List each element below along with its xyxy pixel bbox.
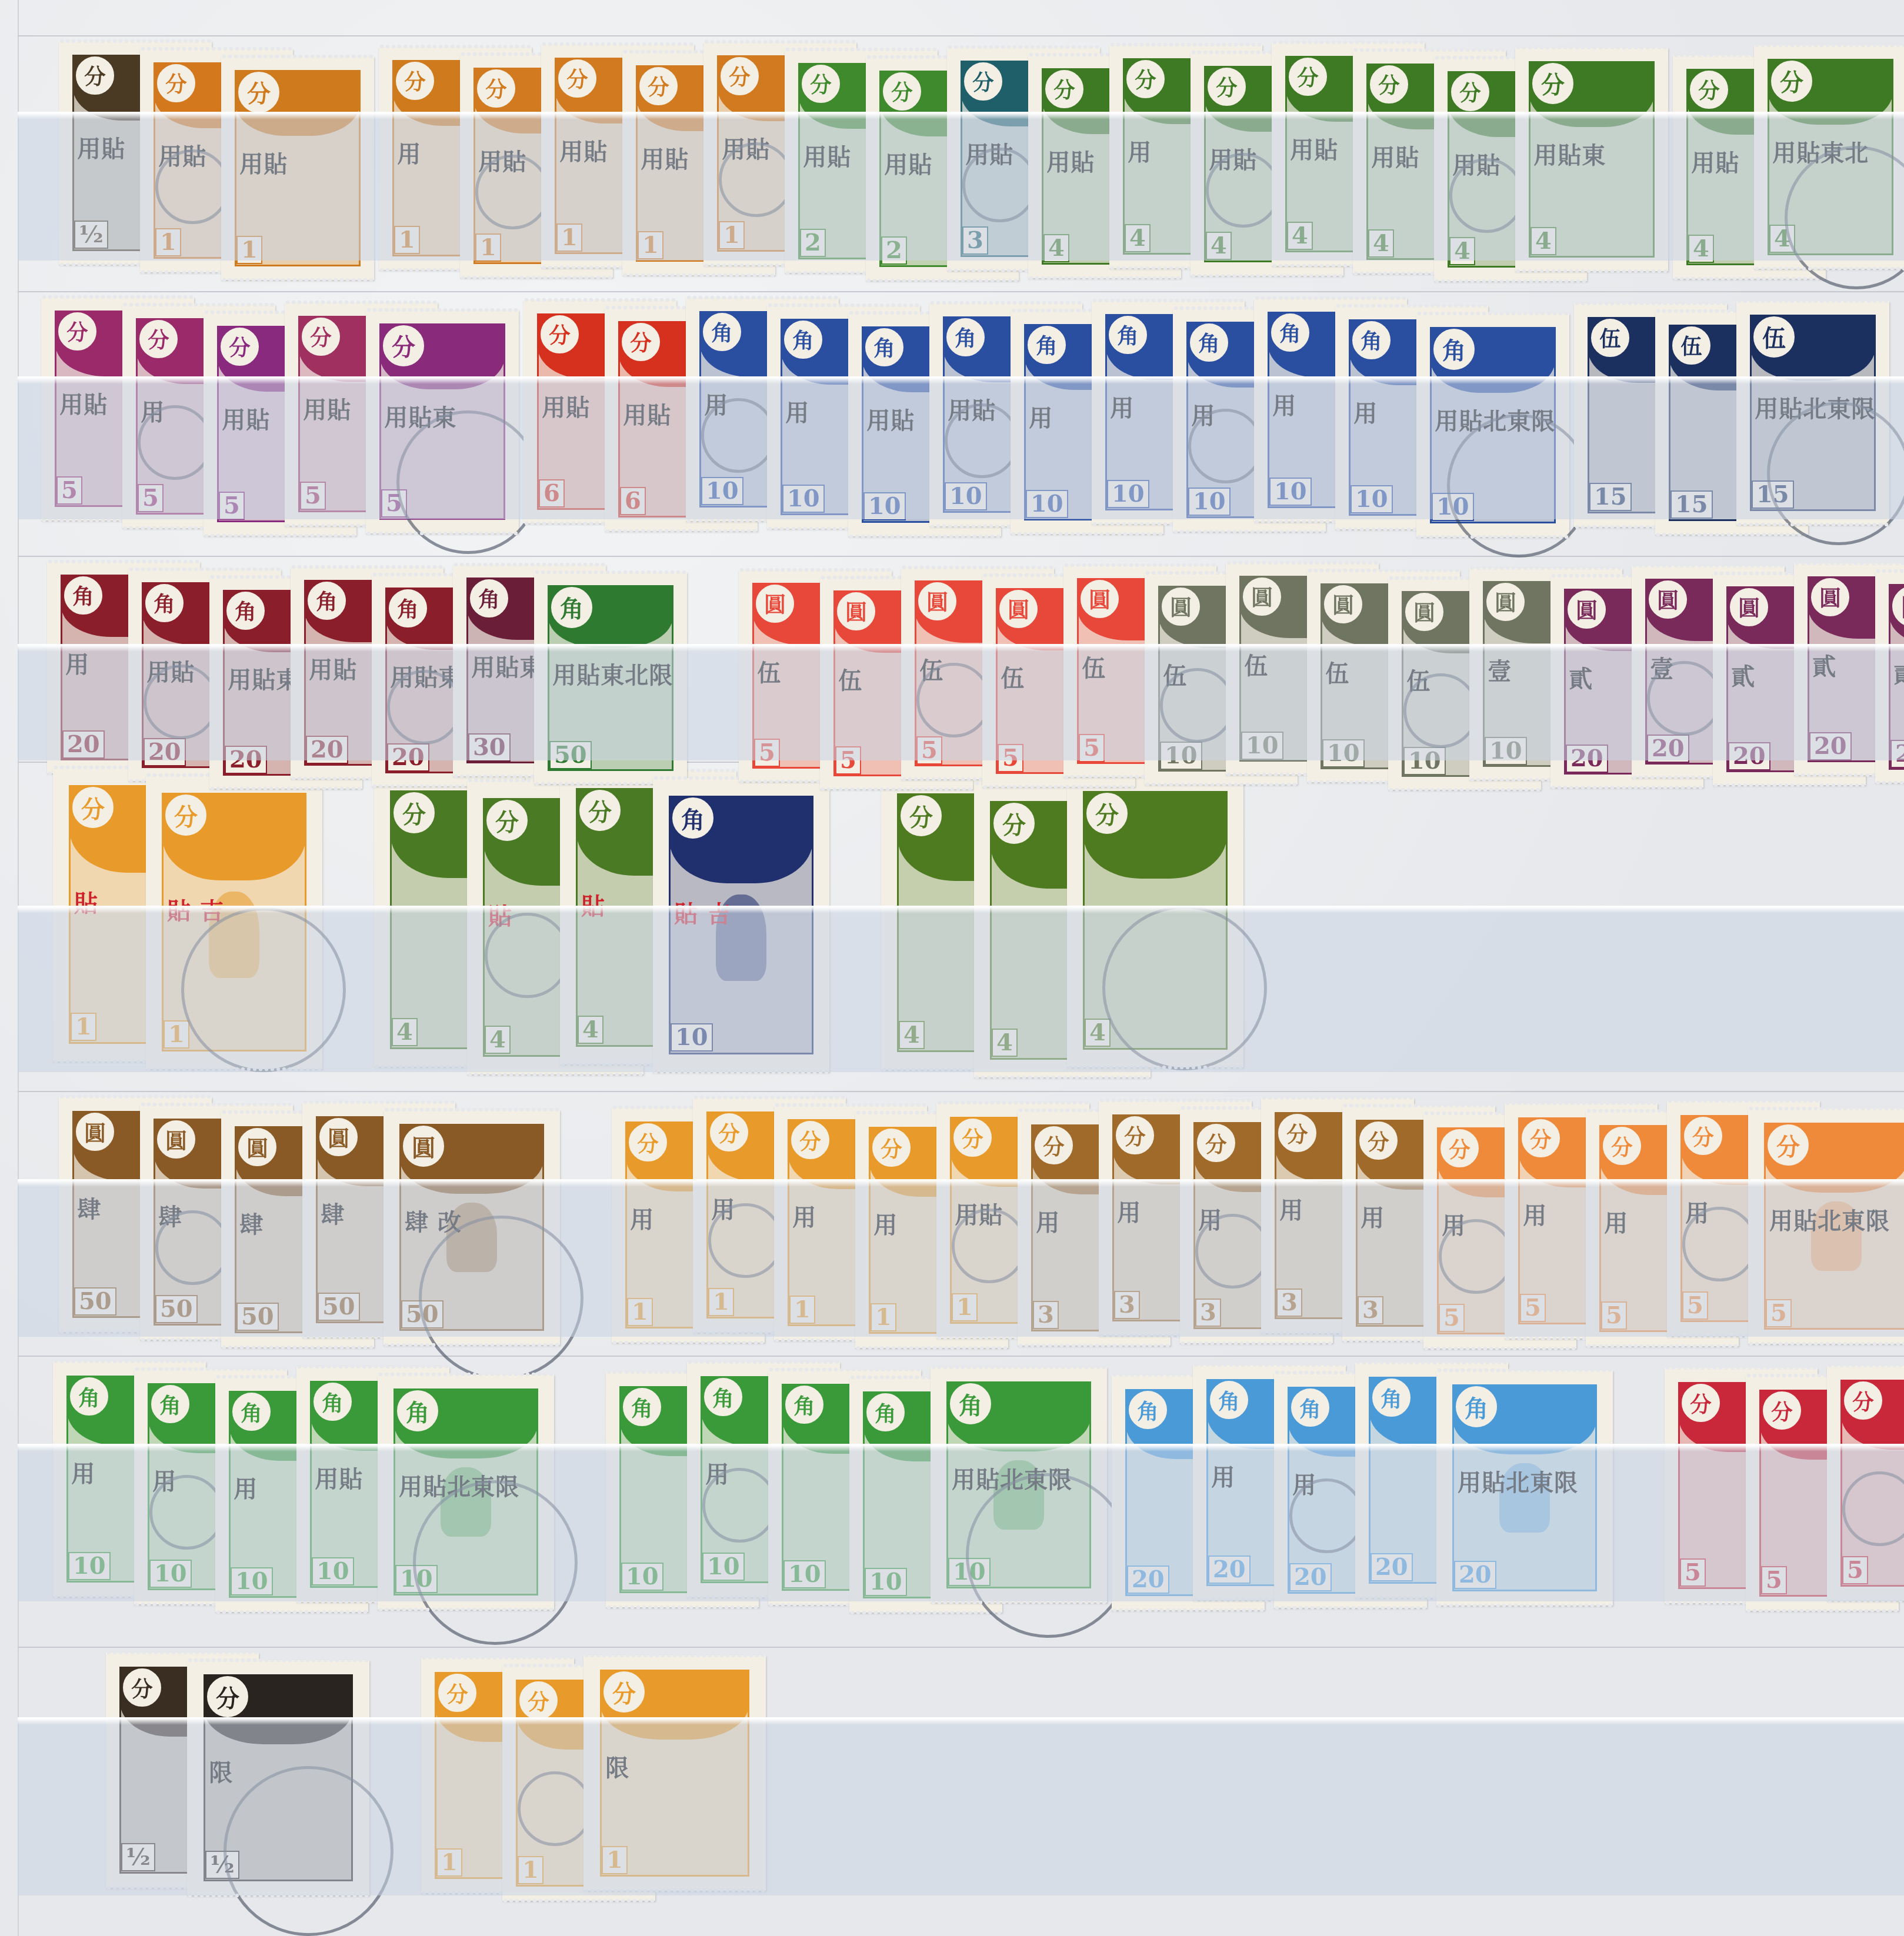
denomination-character: 分 xyxy=(475,68,517,109)
denomination-character: 圓 xyxy=(1728,586,1770,628)
denomination-character: 分 xyxy=(539,313,581,355)
denomination-character: 分 xyxy=(1085,791,1129,836)
denomination-character: 角 xyxy=(1289,1387,1331,1428)
denomination-character: 分 xyxy=(1520,1117,1562,1159)
denomination-character: 圓 xyxy=(155,1119,197,1160)
denomination-character: 分 xyxy=(1682,1115,1724,1157)
strip-edge xyxy=(18,291,1904,292)
glassine-pocket xyxy=(18,112,1904,261)
denomination-character: 分 xyxy=(638,65,679,107)
strip-edge xyxy=(18,1356,1904,1357)
denomination-character: 分 xyxy=(1206,66,1248,108)
pocket-shine xyxy=(18,378,1904,384)
denomination-character: 分 xyxy=(1449,71,1491,113)
denomination-character: 圓 xyxy=(318,1116,359,1158)
denomination-character: 角 xyxy=(863,326,905,368)
denomination-character: 分 xyxy=(1276,1112,1318,1154)
denomination-character: 分 xyxy=(800,63,842,105)
denomination-character: 角 xyxy=(549,585,594,630)
denomination-character: 分 xyxy=(962,61,1004,102)
denomination-character: 圓 xyxy=(1160,586,1202,627)
denomination-character: 分 xyxy=(121,1667,163,1708)
denomination-character: 分 xyxy=(578,788,622,833)
denomination-character: 分 xyxy=(627,1121,669,1163)
denomination-character: 分 xyxy=(1033,1124,1075,1166)
denomination-character: 分 xyxy=(1358,1120,1399,1161)
denomination-character: 分 xyxy=(881,71,923,112)
denomination-character: 角 xyxy=(1208,1379,1250,1421)
denomination-character: 分 xyxy=(1043,68,1085,110)
stockbook-page: 分½用貼分1用貼分1用貼分1用分1用貼分1用貼分1用貼分1用貼分2用貼分2用貼分… xyxy=(0,0,1904,1936)
denomination-character: 角 xyxy=(387,588,429,629)
denomination-character: 分 xyxy=(719,55,761,97)
denomination-character: 圓 xyxy=(401,1124,446,1169)
denomination-character: 分 xyxy=(620,321,662,363)
denomination-character: 伍 xyxy=(1670,325,1712,366)
denomination-character: 角 xyxy=(1269,312,1311,353)
pocket-shine xyxy=(18,1181,1904,1187)
denomination-character: 分 xyxy=(56,311,98,352)
denomination-character: 分 xyxy=(602,1670,646,1714)
denomination-character: 分 xyxy=(155,62,197,104)
denomination-character: 分 xyxy=(518,1680,559,1721)
denomination-character: 角 xyxy=(865,1391,906,1433)
denomination-character: 分 xyxy=(205,1674,250,1719)
denomination-character: 圓 xyxy=(835,590,877,632)
denomination-character: 分 xyxy=(899,793,943,838)
glassine-pocket xyxy=(18,376,1904,519)
glassine-pocket xyxy=(18,906,1904,1072)
denomination-character: 分 xyxy=(1601,1125,1643,1167)
denomination-character: 角 xyxy=(231,1391,272,1433)
denomination-character: 分 xyxy=(1688,69,1730,111)
denomination-character: 分 xyxy=(1530,61,1575,106)
denomination-character: 分 xyxy=(992,801,1036,846)
denomination-character: 分 xyxy=(1766,1123,1810,1167)
denomination-character: 分 xyxy=(392,790,436,835)
denomination-character: 角 xyxy=(1351,319,1392,361)
pocket-shine xyxy=(18,646,1904,652)
denomination-character: 分 xyxy=(556,58,598,99)
denomination-character: 分 xyxy=(236,70,281,115)
glassine-pocket xyxy=(18,1179,1904,1337)
denomination-character: 角 xyxy=(1127,1389,1169,1431)
denomination-character: 分 xyxy=(1114,1114,1156,1156)
denomination-character: 角 xyxy=(62,575,104,616)
denomination-character: 分 xyxy=(1368,64,1410,105)
denomination-character: 角 xyxy=(701,311,743,353)
denomination-character: 圓 xyxy=(1647,579,1689,620)
denomination-character: 角 xyxy=(1107,314,1149,356)
denomination-character: 圓 xyxy=(754,583,796,625)
denomination-character: 分 xyxy=(1287,56,1329,98)
strip-edge xyxy=(18,1091,1904,1092)
denomination-character: 角 xyxy=(468,578,510,619)
denomination-character: 角 xyxy=(1454,1384,1499,1429)
denomination-character: 分 xyxy=(1769,59,1814,104)
denomination-character: 伍 xyxy=(1752,315,1796,359)
denomination-character: 分 xyxy=(1195,1122,1237,1164)
denomination-character: 圓 xyxy=(916,580,958,622)
denomination-character: 分 xyxy=(1125,58,1166,100)
denomination-character: 分 xyxy=(952,1117,993,1159)
denomination-character: 角 xyxy=(225,590,266,632)
denomination-character: 伍 xyxy=(1589,317,1631,359)
denomination-character: 角 xyxy=(1026,324,1068,366)
denomination-character: 分 xyxy=(1680,1382,1722,1424)
denomination-character: 分 xyxy=(381,323,426,368)
denomination-character: 角 xyxy=(68,1376,110,1417)
pocket-shine xyxy=(18,907,1904,913)
glassine-pocket xyxy=(18,644,1904,760)
denomination-character: 圓 xyxy=(1566,589,1608,630)
denomination-character: 圓 xyxy=(1241,576,1283,617)
denomination-character: 分 xyxy=(871,1127,912,1169)
denomination-character: 圓 xyxy=(1809,576,1851,618)
denomination-character: 圓 xyxy=(236,1126,278,1168)
denomination-character: 分 xyxy=(219,326,261,368)
denomination-character: 圓 xyxy=(998,588,1039,630)
denomination-character: 分 xyxy=(1761,1390,1803,1431)
denomination-character: 角 xyxy=(1432,327,1476,372)
denomination-character: 角 xyxy=(395,1388,440,1433)
pocket-shine xyxy=(18,1719,1904,1725)
denomination-character: 分 xyxy=(708,1111,750,1153)
denomination-character: 分 xyxy=(485,798,529,843)
denomination-character: 角 xyxy=(1371,1377,1412,1418)
pocket-shine xyxy=(18,1446,1904,1451)
denomination-character: 分 xyxy=(300,316,342,358)
denomination-character: 分 xyxy=(74,55,116,96)
strip-edge xyxy=(18,556,1904,557)
denomination-character: 角 xyxy=(702,1376,744,1418)
denomination-character: 角 xyxy=(1188,322,1230,363)
denomination-character: 分 xyxy=(394,60,436,102)
glassine-pocket xyxy=(18,1717,1904,1895)
denomination-character: 圓 xyxy=(1079,578,1121,620)
strip-edge xyxy=(18,1647,1904,1648)
denomination-character: 圓 xyxy=(74,1111,116,1153)
denomination-character: 分 xyxy=(138,318,179,360)
denomination-character: 分 xyxy=(1842,1380,1884,1421)
denomination-character: 分 xyxy=(164,793,208,837)
denomination-character: 分 xyxy=(436,1672,478,1714)
glassine-pocket xyxy=(18,1444,1904,1601)
denomination-character: 分 xyxy=(789,1119,831,1161)
strip-edge xyxy=(18,35,1904,36)
denomination-character: 角 xyxy=(671,796,715,840)
denomination-character: 角 xyxy=(948,1381,993,1426)
denomination-character: 角 xyxy=(312,1381,354,1423)
pocket-shine xyxy=(18,114,1904,119)
denomination-character: 圓 xyxy=(1403,591,1445,633)
denomination-character: 分 xyxy=(71,785,115,830)
denomination-character: 角 xyxy=(621,1386,663,1428)
denomination-character: 圓 xyxy=(1322,583,1364,625)
denomination-character: 角 xyxy=(144,582,185,624)
denomination-character: 角 xyxy=(306,580,348,622)
denomination-character: 角 xyxy=(783,1384,825,1426)
denomination-character: 角 xyxy=(945,316,986,358)
denomination-character: 圓 xyxy=(1485,581,1526,623)
denomination-character: 分 xyxy=(1439,1127,1480,1169)
denomination-character: 角 xyxy=(782,319,824,361)
denomination-character: 角 xyxy=(149,1383,191,1425)
